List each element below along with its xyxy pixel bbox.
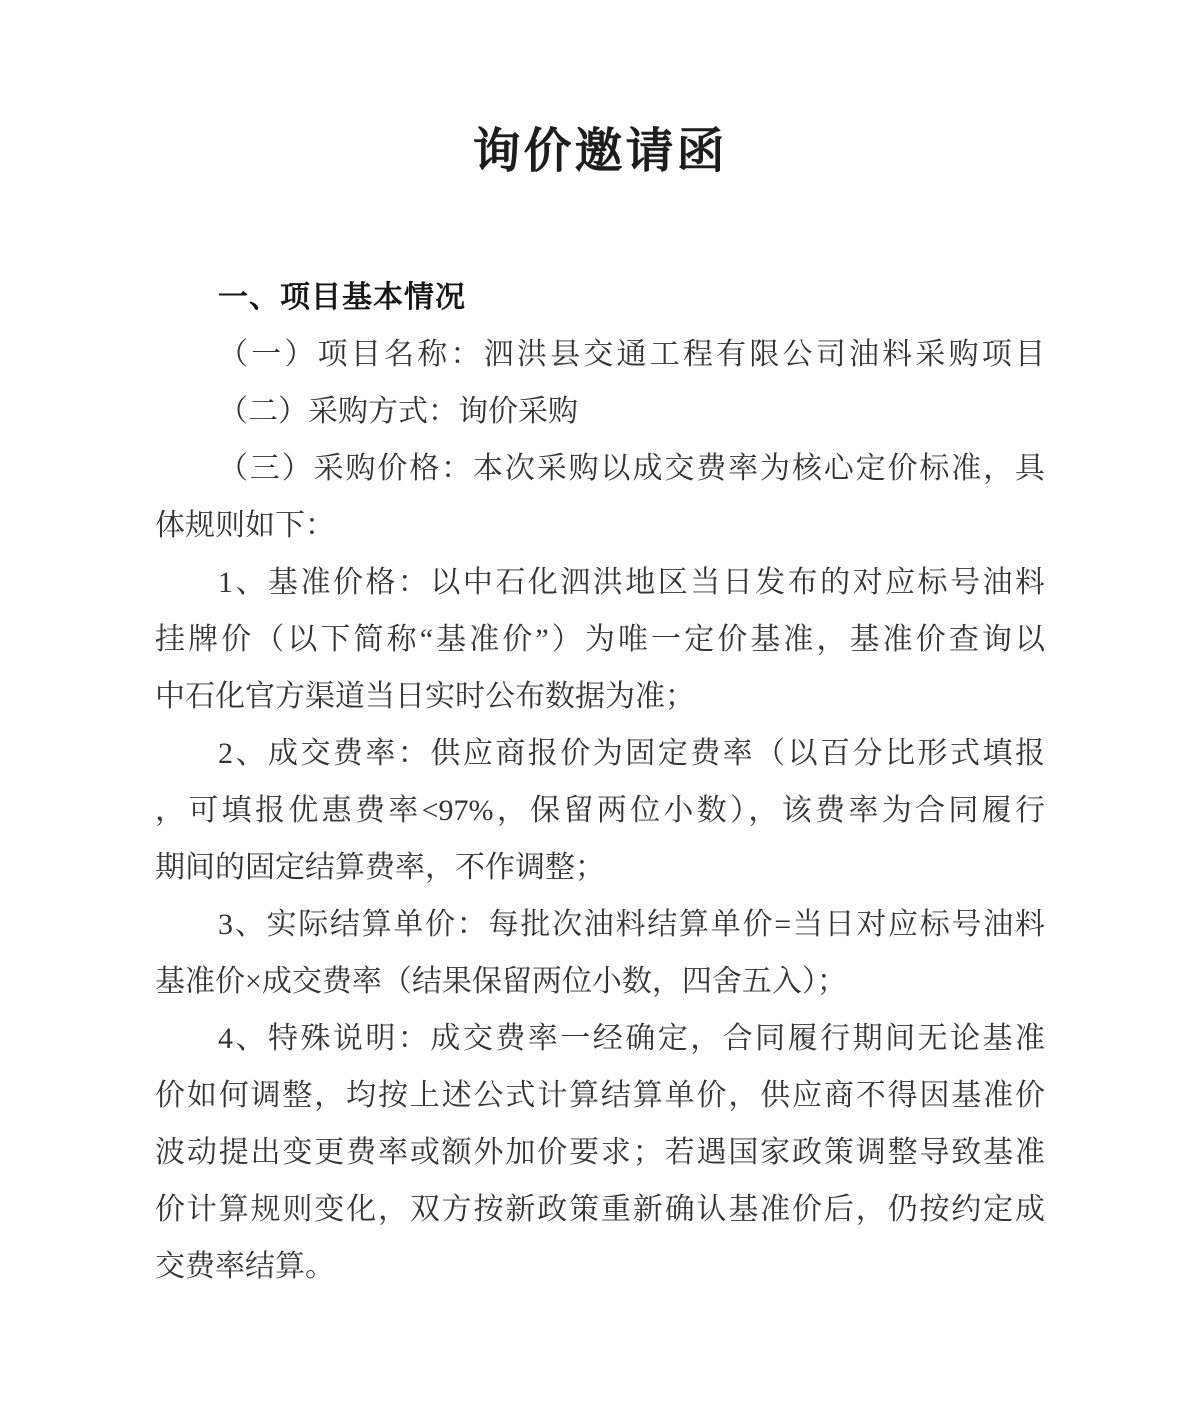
document-line: 1、基准价格：以中石化泗洪地区当日发布的对应标号油料: [155, 554, 1045, 611]
document-line: （三）采购价格：本次采购以成交费率为核心定价标准，具: [155, 440, 1045, 497]
document-line: 2、成交费率：供应商报价为固定费率（以百分比形式填报: [155, 725, 1045, 782]
section-heading: 一、项目基本情况: [155, 269, 1045, 326]
document-line: 基准价×成交费率（结果保留两位小数，四舍五入）；: [155, 953, 1045, 1010]
document-body: 一、项目基本情况（一）项目名称：泗洪县交通工程有限公司油料采购项目（二）采购方式…: [155, 269, 1045, 1295]
document-line: 体规则如下：: [155, 497, 1045, 554]
page: 询价邀请函 一、项目基本情况（一）项目名称：泗洪县交通工程有限公司油料采购项目（…: [0, 0, 1199, 1426]
document-line: 价计算规则变化，双方按新政策重新确认基准价后，仍按约定成: [155, 1181, 1045, 1238]
document: 询价邀请函 一、项目基本情况（一）项目名称：泗洪县交通工程有限公司油料采购项目（…: [155, 116, 1045, 1295]
document-line: 3、实际结算单价：每批次油料结算单价=当日对应标号油料: [155, 896, 1045, 953]
document-line: （二）采购方式：询价采购: [155, 383, 1045, 440]
document-line: 交费率结算。: [155, 1238, 1045, 1295]
document-line: （一）项目名称：泗洪县交通工程有限公司油料采购项目: [155, 326, 1045, 383]
document-line: ，可填报优惠费率<97%，保留两位小数），该费率为合同履行: [155, 782, 1045, 839]
document-line: 4、特殊说明：成交费率一经确定，合同履行期间无论基准: [155, 1010, 1045, 1067]
document-line: 期间的固定结算费率，不作调整；: [155, 839, 1045, 896]
document-line: 中石化官方渠道当日实时公布数据为准；: [155, 668, 1045, 725]
document-title: 询价邀请函: [155, 116, 1045, 188]
document-line: 挂牌价（以下简称“基准价”）为唯一定价基准，基准价查询以: [155, 611, 1045, 668]
document-line: 波动提出变更费率或额外加价要求；若遇国家政策调整导致基准: [155, 1124, 1045, 1181]
document-line: 价如何调整，均按上述公式计算结算单价，供应商不得因基准价: [155, 1067, 1045, 1124]
